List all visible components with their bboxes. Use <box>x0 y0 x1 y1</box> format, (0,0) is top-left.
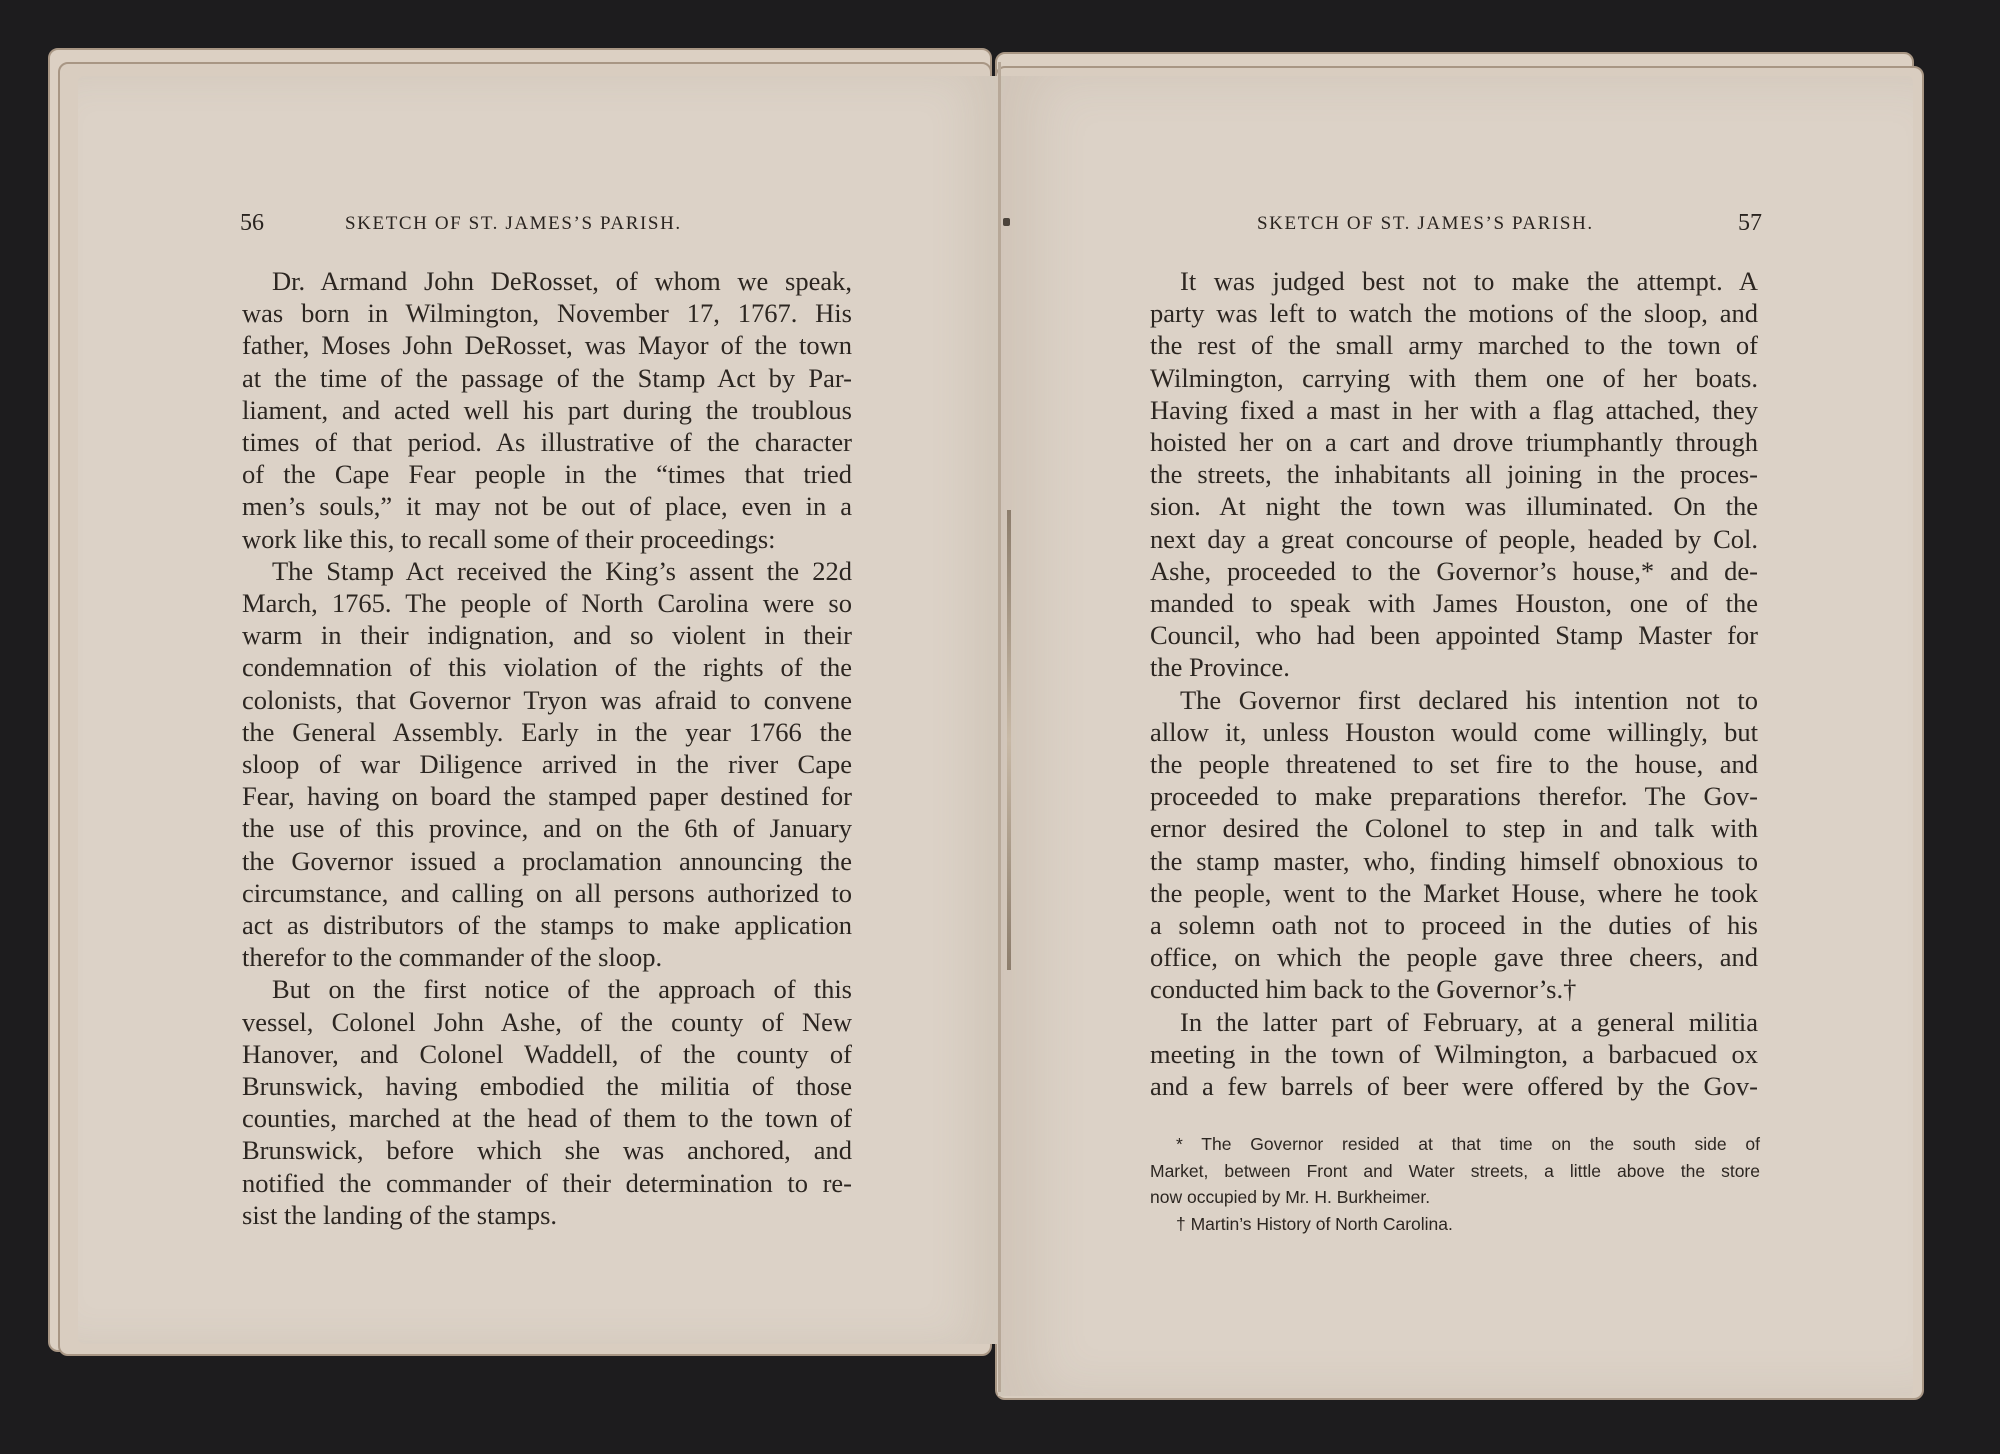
footnote-line: Market, between Front and Water streets,… <box>1150 1158 1760 1185</box>
text-line: the Governor issued a proclamation annou… <box>242 845 852 877</box>
text-line: Hanover, and Colonel Waddell, of the cou… <box>242 1038 852 1070</box>
text-line: notified the commander of their determin… <box>242 1167 852 1199</box>
footnote-line: now occupied by Mr. H. Burkheimer. <box>1150 1184 1760 1211</box>
page-number-left: 56 <box>240 210 264 237</box>
text-line: act as distributors of the stamps to mak… <box>242 909 852 941</box>
text-line: the Province. <box>1150 651 1758 683</box>
text-line: Brunswick, before which she was anchored… <box>242 1134 852 1166</box>
footnote-line: * The Governor resided at that time on t… <box>1150 1131 1760 1158</box>
text-line: work like this, to recall some of their … <box>242 523 852 555</box>
text-line: sion. At night the town was illuminated.… <box>1150 490 1758 522</box>
text-line: men’s souls,” it may not be out of place… <box>242 490 852 522</box>
text-line: In the latter part of February, at a gen… <box>1150 1006 1758 1038</box>
binding-thread <box>1007 510 1011 970</box>
text-line: was born in Wilmington, November 17, 176… <box>242 297 852 329</box>
text-line: March, 1765. The people of North Carolin… <box>242 587 852 619</box>
text-line: Brunswick, having embodied the militia o… <box>242 1070 852 1102</box>
text-line: proceeded to make preparations therefor.… <box>1150 780 1758 812</box>
page-number-right: 57 <box>1738 210 1762 237</box>
running-title-left: SKETCH OF ST. JAMES’S PARISH. <box>345 213 682 235</box>
text-line: sist the landing of the stamps. <box>242 1199 852 1231</box>
text-line: the people, went to the Market House, wh… <box>1150 877 1758 909</box>
text-line: meeting in the town of Wilmington, a bar… <box>1150 1038 1758 1070</box>
text-line: The Stamp Act received the King’s assent… <box>242 555 852 587</box>
text-line: It was judged best not to make the attem… <box>1150 265 1758 297</box>
text-line: counties, marched at the head of them to… <box>242 1102 852 1134</box>
text-line: ernor desired the Colonel to step in and… <box>1150 812 1758 844</box>
text-line: manded to speak with James Houston, one … <box>1150 587 1758 619</box>
text-line: Dr. Armand John DeRosset, of whom we spe… <box>242 265 852 297</box>
text-line: a solemn oath not to proceed in the duti… <box>1150 909 1758 941</box>
text-line: colonists, that Governor Tryon was afrai… <box>242 684 852 716</box>
text-line: sloop of war Diligence arrived in the ri… <box>242 748 852 780</box>
text-line: vessel, Colonel John Ashe, of the county… <box>242 1006 852 1038</box>
text-line: the stamp master, who, finding himself o… <box>1150 845 1758 877</box>
text-line: party was left to watch the motions of t… <box>1150 297 1758 329</box>
text-line: the use of this province, and on the 6th… <box>242 812 852 844</box>
text-line: the General Assembly. Early in the year … <box>242 716 852 748</box>
text-line: the rest of the small army marched to th… <box>1150 329 1758 361</box>
text-line: condemnation of this violation of the ri… <box>242 651 852 683</box>
text-line: Wilmington, carrying with them one of he… <box>1150 362 1758 394</box>
text-line: at the time of the passage of the Stamp … <box>242 362 852 394</box>
running-title-right: SKETCH OF ST. JAMES’S PARISH. <box>1257 213 1594 235</box>
text-line: the people threatened to set fire to the… <box>1150 748 1758 780</box>
text-line: warm in their indignation, and so violen… <box>242 619 852 651</box>
text-line: conducted him back to the Governor’s.† <box>1150 973 1758 1005</box>
text-line: of the Cape Fear people in the “times th… <box>242 458 852 490</box>
text-line: The Governor first declared his intentio… <box>1150 684 1758 716</box>
text-line: next day a great concourse of people, he… <box>1150 523 1758 555</box>
book-gutter <box>998 62 1001 1392</box>
footnote-line: † Martin’s History of North Carolina. <box>1150 1211 1760 1238</box>
text-line: and a few barrels of beer were offered b… <box>1150 1070 1758 1102</box>
text-line: Fear, having on board the stamped paper … <box>242 780 852 812</box>
text-line: office, on which the people gave three c… <box>1150 941 1758 973</box>
text-line: circumstance, and calling on all persons… <box>242 877 852 909</box>
text-line: the streets, the inhabitants all joining… <box>1150 458 1758 490</box>
text-line: allow it, unless Houston would come will… <box>1150 716 1758 748</box>
text-line: father, Moses John DeRosset, was Mayor o… <box>242 329 852 361</box>
left-body-text: Dr. Armand John DeRosset, of whom we spe… <box>242 265 852 1231</box>
text-line: Ashe, proceeded to the Governor’s house,… <box>1150 555 1758 587</box>
text-line: therefor to the commander of the sloop. <box>242 941 852 973</box>
text-line: times of that period. As illustrative of… <box>242 426 852 458</box>
text-line: Having fixed a mast in her with a flag a… <box>1150 394 1758 426</box>
text-line: Council, who had been appointed Stamp Ma… <box>1150 619 1758 651</box>
open-book: 56 SKETCH OF ST. JAMES’S PARISH. SKETCH … <box>0 0 2000 1454</box>
binding-staple-icon <box>1003 218 1010 226</box>
text-line: liament, and acted well his part during … <box>242 394 852 426</box>
right-body-text: It was judged best not to make the attem… <box>1150 265 1758 1102</box>
text-line: But on the first notice of the approach … <box>242 973 852 1005</box>
footnotes: * The Governor resided at that time on t… <box>1150 1131 1760 1237</box>
text-line: hoisted her on a cart and drove triumpha… <box>1150 426 1758 458</box>
